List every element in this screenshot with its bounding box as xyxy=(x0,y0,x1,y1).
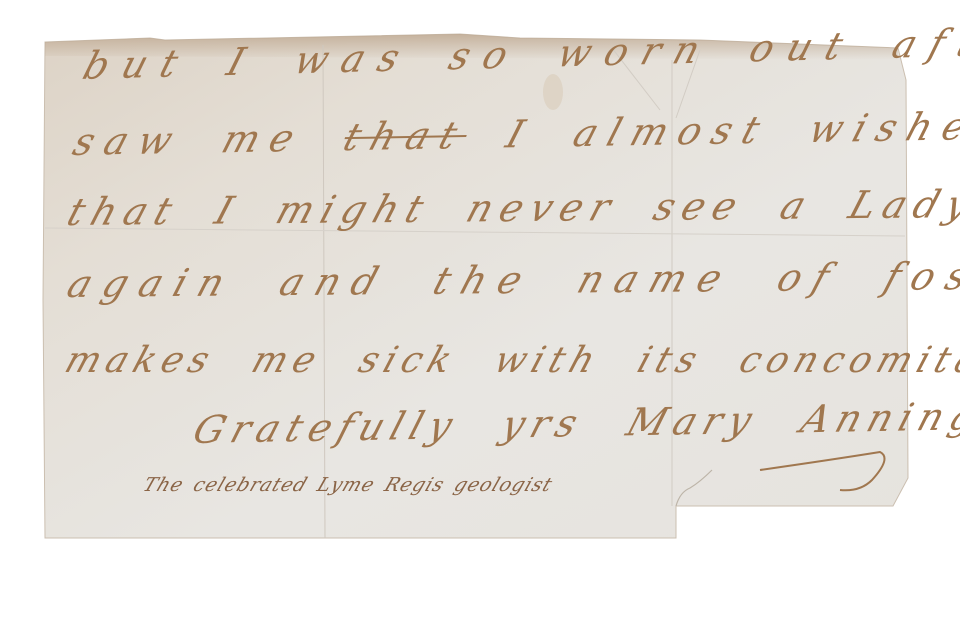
paper-sheet xyxy=(0,0,960,640)
struck-word: that xyxy=(338,113,473,159)
letter-line: makes me sick with its concomitants xyxy=(60,340,960,381)
letter-line: again and the name of fossils xyxy=(62,253,960,306)
stain xyxy=(543,74,563,110)
annotation-note: The celebrated Lyme Regis geologist xyxy=(140,474,556,496)
letter-line: that I might never see a Lady xyxy=(62,182,960,234)
letter-photograph: but I was so worn out after you saw me t… xyxy=(0,0,960,640)
